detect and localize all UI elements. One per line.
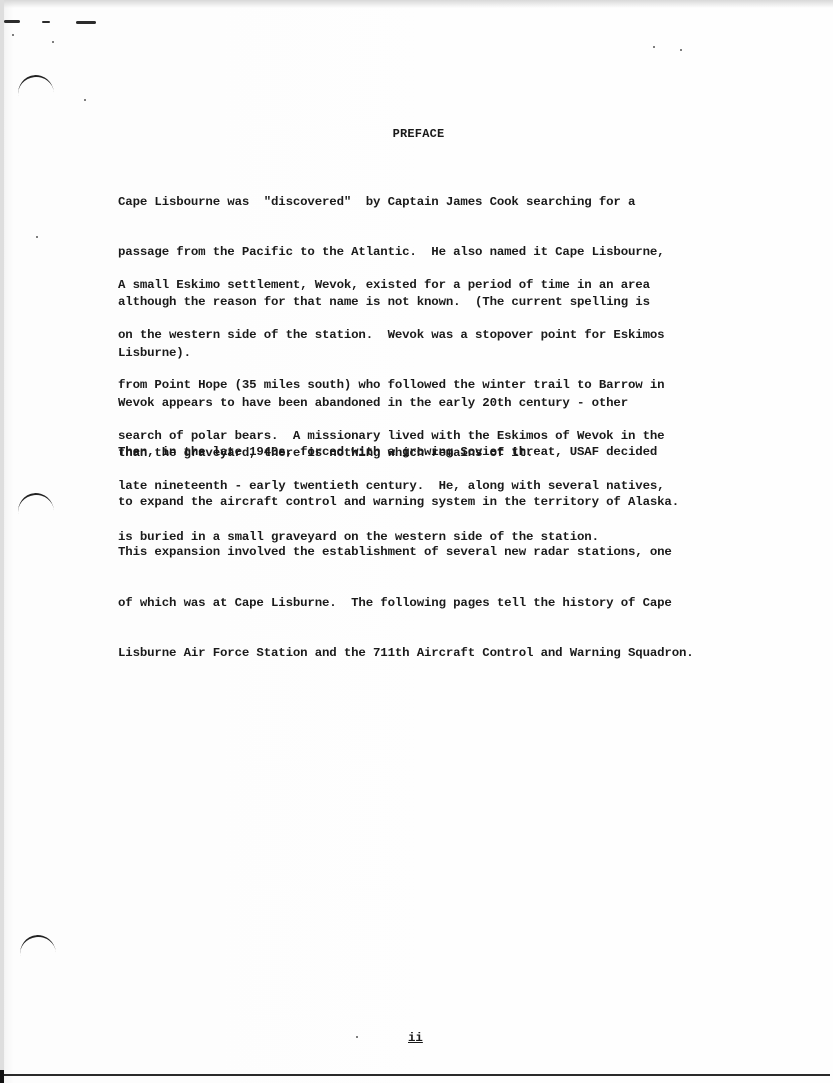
scan-speck: [653, 46, 655, 48]
scan-left-edge: [0, 0, 4, 1083]
text-line: Lisburne Air Force Station and the 711th…: [118, 645, 778, 662]
page-number: ii: [408, 1031, 423, 1045]
text-line: Cape Lisbourne was "discovered" by Capta…: [118, 194, 778, 211]
text-line: This expansion involved the establishmen…: [118, 544, 778, 561]
text-line: Then, in the late 1940s, forced with a g…: [118, 444, 778, 461]
text-line: Wevok appears to have been abandoned in …: [118, 395, 778, 412]
scan-speck: [356, 1036, 358, 1038]
scan-top-edge: [0, 0, 833, 8]
scan-corner-mark: [0, 1070, 4, 1083]
binder-hole-bottom: [18, 933, 58, 975]
scan-speck: [52, 41, 54, 43]
scan-smudge: [76, 21, 96, 24]
text-line: of which was at Cape Lisburne. The follo…: [118, 595, 778, 612]
binder-hole-top: [16, 73, 56, 115]
scan-speck: [12, 34, 14, 36]
text-line: to expand the aircraft control and warni…: [118, 494, 778, 511]
scan-speck: [84, 99, 86, 101]
text-line: on the western side of the station. Wevo…: [118, 327, 778, 344]
text-line: A small Eskimo settlement, Wevok, existe…: [118, 277, 778, 294]
scan-speck: [36, 236, 38, 238]
page-title: PREFACE: [0, 127, 833, 141]
scan-speck: [680, 49, 682, 51]
paragraph-4: Then, in the late 1940s, forced with a g…: [118, 410, 778, 696]
binder-hole-middle: [16, 491, 56, 533]
scan-smudge: [4, 20, 20, 23]
scanned-page: PREFACE Cape Lisbourne was "discovered" …: [0, 0, 833, 1083]
scan-bottom-edge-line: [0, 1074, 830, 1076]
scan-smudge: [42, 21, 50, 23]
